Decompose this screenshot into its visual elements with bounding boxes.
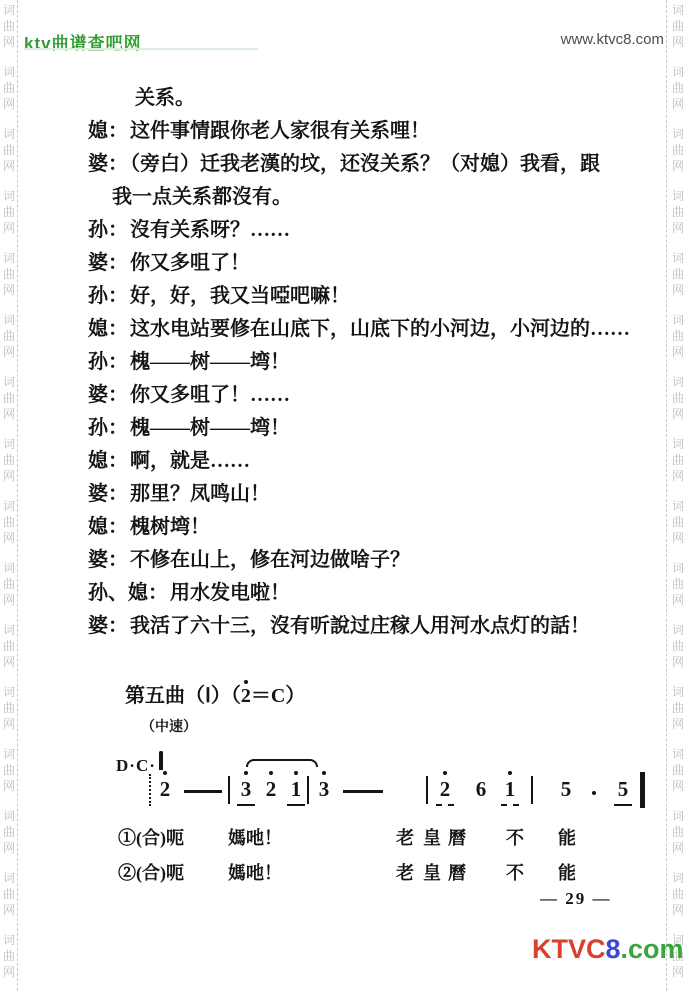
watermark-char: 网 [3, 656, 15, 668]
watermark-group: 词曲网 [672, 190, 684, 238]
watermark-char: 词 [3, 190, 15, 202]
watermark-char: 曲 [672, 144, 684, 156]
dialogue-text: 槐——树——塆！ [130, 417, 290, 439]
watermark-char: 词 [672, 748, 684, 760]
watermark-group: 词曲网 [672, 438, 684, 486]
watermark-char: 词 [3, 4, 15, 16]
lyric-syllable: 皇 [423, 859, 441, 885]
octave-dot [244, 771, 248, 775]
speaker-label: 婆： [88, 252, 128, 274]
fermata-arc [159, 751, 163, 770]
lyric-syllable: ②(合)呃 [118, 859, 184, 885]
watermark-char: 网 [672, 780, 684, 792]
watermark-char: 词 [672, 438, 684, 450]
dialogue-text: 槐——树——塆！ [130, 351, 290, 373]
duration-underline [287, 804, 305, 806]
watermark-char: 曲 [672, 20, 684, 32]
duration-dash [343, 790, 383, 793]
watermark-char: 曲 [3, 20, 15, 32]
dialogue-line: 我一点关系都沒有。 [112, 185, 668, 209]
dialogue-text: 你又多咀了！…… [130, 384, 290, 406]
watermark-char: 网 [3, 222, 15, 234]
dialogue-line: 孙：好，好，我又当啞吧嘛！ [88, 284, 668, 308]
watermark-group: 词曲网 [3, 438, 15, 486]
watermark-char: 曲 [3, 392, 15, 404]
watermark-char: 词 [3, 252, 15, 264]
watermark-char: 网 [3, 532, 15, 544]
watermark-group: 词曲网 [3, 128, 15, 176]
watermark-group: 词曲网 [3, 314, 15, 362]
watermark-char: 曲 [672, 578, 684, 590]
speaker-label: 孙： [88, 351, 128, 373]
speaker-label: 媳： [88, 516, 128, 538]
watermark-char: 曲 [672, 888, 684, 900]
watermark-char: 词 [672, 314, 684, 326]
lyric-syllable: 老 [396, 859, 414, 885]
dialogue-text: 啊，就是…… [130, 450, 250, 472]
dialogue-text: 不修在山上，修在河边做啥子？ [130, 549, 410, 571]
watermark-group: 词曲网 [3, 252, 15, 300]
watermark-char: 词 [672, 4, 684, 16]
speaker-label: 媳： [88, 120, 128, 142]
watermark-char: 曲 [3, 330, 15, 342]
speaker-label: 媳： [88, 318, 128, 340]
watermark-group: 词曲网 [672, 376, 684, 424]
dialogue-text: 你又多咀了！ [130, 252, 250, 274]
lyric-syllable: 不 [506, 859, 524, 885]
watermark-char: 曲 [672, 268, 684, 280]
footer-logo-part1: KTVC [532, 934, 606, 964]
dialogue-text: 沒有关系呀？…… [130, 219, 290, 241]
watermark-char: 曲 [672, 392, 684, 404]
jianpu-note: 3 [238, 777, 254, 802]
speaker-label: 孙： [88, 219, 128, 241]
dialogue-text: 关系。 [135, 87, 195, 109]
watermark-char: 词 [3, 438, 15, 450]
barline [531, 776, 533, 804]
watermark-char: 曲 [672, 82, 684, 94]
duration-underline [237, 804, 255, 806]
dialogue-text: 这水电站要修在山底下，山底下的小河边，小河边的…… [130, 318, 630, 340]
dialogue-text: 我活了六十三，沒有听說过庄稼人用河水点灯的話！ [130, 615, 590, 637]
watermark-char: 曲 [672, 516, 684, 528]
watermark-group: 词曲网 [3, 4, 15, 52]
watermark-char: 曲 [3, 516, 15, 528]
dialogue-line: 媳：槐树塆！ [88, 515, 668, 539]
dialogue-text: 这件事情跟你老人家很有关系哩！ [130, 120, 430, 142]
dialogue-line: 婆：不修在山上，修在河边做啥子？ [88, 548, 668, 572]
watermark-char: 词 [3, 314, 15, 326]
watermark-char: 曲 [672, 702, 684, 714]
watermark-char: 曲 [3, 578, 15, 590]
fermata-icon [150, 753, 172, 771]
watermark-char: 曲 [3, 950, 15, 962]
watermark-char: 曲 [3, 640, 15, 652]
watermark-char: 网 [672, 36, 684, 48]
key-note: 2 [241, 685, 251, 708]
barline [307, 776, 309, 804]
watermark-group: 词曲网 [3, 500, 15, 548]
tempo-marking: （中速） [141, 716, 197, 736]
dialogue-text: 好，好，我又当啞吧嘛！ [130, 285, 350, 307]
speaker-label: 孙： [88, 285, 128, 307]
watermark-char: 词 [672, 562, 684, 574]
lyrics-row-2: ②(合)呃媽吔！老皇曆不能 [0, 859, 690, 885]
watermark-group: 词曲网 [3, 748, 15, 796]
watermark-group: 词曲网 [3, 376, 15, 424]
watermark-group: 词曲网 [672, 4, 684, 52]
octave-dot [443, 771, 447, 775]
duration-underline [501, 804, 519, 806]
watermark-group: 词曲网 [672, 252, 684, 300]
jianpu-note: 2 [157, 777, 173, 802]
lyric-syllable: 不 [506, 824, 524, 850]
speaker-label: 婆： [88, 384, 128, 406]
lyric-syllable: 老 [396, 824, 414, 850]
speaker-label: 婆： [88, 483, 128, 505]
watermark-char: 词 [672, 252, 684, 264]
duration-underline [436, 804, 454, 806]
speaker-label: 婆： [88, 615, 128, 637]
watermark-char: 曲 [3, 82, 15, 94]
watermark-char: 词 [3, 686, 15, 698]
augmentation-dot [592, 791, 596, 795]
watermark-char: 网 [672, 222, 684, 234]
watermark-char: 网 [672, 284, 684, 296]
watermark-char: 曲 [3, 206, 15, 218]
watermark-char: 词 [3, 748, 15, 760]
watermark-char: 曲 [3, 702, 15, 714]
watermark-char: 网 [3, 718, 15, 730]
dialogue-line: 婆：你又多咀了！…… [88, 383, 668, 407]
speaker-label: 孙： [88, 417, 128, 439]
jianpu-note: 2 [263, 777, 279, 802]
dialogue-text: 用水发电啦！ [170, 582, 290, 604]
watermark-char: 网 [672, 904, 684, 916]
watermark-char: 词 [672, 686, 684, 698]
octave-dot [163, 771, 167, 775]
watermark-char: 网 [672, 346, 684, 358]
watermark-group: 词曲网 [3, 686, 15, 734]
watermark-char: 曲 [3, 764, 15, 776]
watermark-char: 网 [672, 160, 684, 172]
dialogue-line: 孙：沒有关系呀？…… [88, 218, 668, 242]
speaker-label: 婆： [88, 153, 128, 175]
site-name-underline [24, 48, 258, 50]
watermark-char: 词 [672, 376, 684, 388]
watermark-char: 网 [3, 780, 15, 792]
dialogue-text: 槐树塆！ [130, 516, 210, 538]
jianpu-note: 6 [473, 777, 489, 802]
dashed-barline [149, 774, 151, 806]
watermark-group: 词曲网 [672, 624, 684, 672]
dialogue-line: 媳：这件事情跟你老人家很有关系哩！ [88, 119, 668, 143]
watermark-group: 词曲网 [672, 562, 684, 610]
watermark-char: 曲 [672, 640, 684, 652]
jianpu-note: 3 [316, 777, 332, 802]
watermark-group: 词曲网 [3, 190, 15, 238]
watermark-char: 词 [3, 562, 15, 574]
duration-dash [184, 790, 222, 793]
watermark-char: 曲 [672, 330, 684, 342]
watermark-char: 网 [672, 470, 684, 482]
lyric-syllable: ①(合)呃 [118, 824, 184, 850]
watermark-char: 网 [3, 160, 15, 172]
site-name: ktv曲谱查吧网 [24, 29, 142, 54]
watermark-char: 网 [3, 36, 15, 48]
watermark-char: 词 [3, 810, 15, 822]
jianpu-note: 2 [437, 777, 453, 802]
page-number: — 29 — [540, 889, 612, 909]
scanned-score-page: 词曲网词曲网词曲网词曲网词曲网词曲网词曲网词曲网词曲网词曲网词曲网词曲网词曲网词… [0, 0, 690, 991]
dialogue-text: 我一点关系都沒有。 [112, 186, 292, 208]
watermark-char: 词 [3, 376, 15, 388]
watermark-char: 词 [3, 500, 15, 512]
song-title: 第五曲（Ⅰ）（2＝C） [125, 679, 305, 708]
jianpu-note: 1 [288, 777, 304, 802]
watermark-char: 网 [3, 470, 15, 482]
dialogue-line: 婆：我活了六十三，沒有听說过庄稼人用河水点灯的話！ [88, 614, 668, 638]
dialogue-text: （旁白）迁我老漢的坟，还沒关系？（对媳）我看，跟 [130, 153, 600, 175]
watermark-char: 词 [672, 624, 684, 636]
dialogue-text: 那里？凤鸣山！ [130, 483, 270, 505]
watermark-group: 词曲网 [672, 686, 684, 734]
jianpu-note: 5 [615, 777, 631, 802]
watermark-char: 词 [3, 624, 15, 636]
final-barline [640, 772, 645, 808]
watermark-char: 网 [3, 966, 15, 978]
footer-logo-part3: .com [621, 934, 684, 964]
song-title-prefix: 第五曲（Ⅰ）（ [125, 685, 241, 707]
watermark-char: 词 [3, 128, 15, 140]
dialogue-line: 婆：你又多咀了！ [88, 251, 668, 275]
watermark-char: 网 [3, 284, 15, 296]
watermark-char: 词 [672, 128, 684, 140]
watermark-char: 网 [3, 98, 15, 110]
watermark-group: 词曲网 [672, 748, 684, 796]
watermark-char: 曲 [672, 206, 684, 218]
lyric-syllable: 能 [558, 859, 576, 885]
lyric-syllable: 曆 [448, 824, 466, 850]
octave-dot [269, 771, 273, 775]
watermark-char: 网 [3, 594, 15, 606]
watermark-char: 词 [3, 66, 15, 78]
jianpu-note: 1 [502, 777, 518, 802]
lyric-syllable: 媽吔！ [228, 824, 282, 850]
watermark-char: 网 [3, 904, 15, 916]
watermark-group: 词曲网 [3, 562, 15, 610]
dialogue-line: 孙：槐——树——塆！ [88, 416, 668, 440]
watermark-char: 曲 [672, 764, 684, 776]
jianpu-note: 5 [558, 777, 574, 802]
watermark-group: 词曲网 [672, 128, 684, 176]
lyric-syllable: 媽吔！ [228, 859, 282, 885]
watermark-group: 词曲网 [3, 624, 15, 672]
octave-dot [294, 771, 298, 775]
lyrics-row-1: ①(合)呃媽吔！老皇曆不能 [0, 824, 690, 850]
watermark-char: 曲 [3, 454, 15, 466]
watermark-group: 词曲网 [672, 500, 684, 548]
watermark-char: 网 [672, 98, 684, 110]
watermark-group: 词曲网 [3, 934, 15, 982]
footer-logo-part2: 8 [606, 934, 621, 964]
dialogue-line: 孙：槐——树——塆！ [88, 350, 668, 374]
watermark-char: 曲 [3, 144, 15, 156]
slur-bracket [246, 759, 318, 767]
lyric-syllable: 曆 [448, 859, 466, 885]
dialogue-line: 媳：这水电站要修在山底下，山底下的小河边，小河边的…… [88, 317, 668, 341]
watermark-group: 词曲网 [3, 66, 15, 114]
dialogue-line: 关系。 [135, 86, 668, 110]
watermark-char: 词 [672, 810, 684, 822]
dialogue-block: 关系。媳：这件事情跟你老人家很有关系哩！婆：（旁白）迁我老漢的坟，还沒关系？（对… [88, 86, 668, 647]
watermark-char: 网 [672, 718, 684, 730]
barline [426, 776, 428, 804]
watermark-char: 曲 [3, 268, 15, 280]
dialogue-line: 孙、媳：用水发电啦！ [88, 581, 668, 605]
watermark-char: 曲 [672, 454, 684, 466]
dialogue-line: 媳：啊，就是…… [88, 449, 668, 473]
watermark-char: 曲 [3, 888, 15, 900]
watermark-char: 网 [672, 532, 684, 544]
watermark-char: 网 [3, 346, 15, 358]
watermark-char: 网 [672, 594, 684, 606]
watermark-char: 网 [672, 966, 684, 978]
speaker-label: 婆： [88, 549, 128, 571]
barline [228, 776, 230, 804]
watermark-char: 网 [3, 408, 15, 420]
song-title-suffix: ＝C） [251, 685, 305, 707]
watermark-group: 词曲网 [672, 314, 684, 362]
watermark-char: 词 [672, 500, 684, 512]
dialogue-line: 婆：那里？凤鸣山！ [88, 482, 668, 506]
octave-dot [508, 771, 512, 775]
watermark-char: 词 [3, 934, 15, 946]
watermark-char: 词 [672, 190, 684, 202]
octave-dot [322, 771, 326, 775]
speaker-label: 孙、媳： [88, 582, 168, 604]
watermark-char: 词 [672, 66, 684, 78]
lyric-syllable: 能 [558, 824, 576, 850]
speaker-label: 媳： [88, 450, 128, 472]
footer-logo: KTVC8.com [532, 934, 684, 965]
watermark-group: 词曲网 [672, 66, 684, 114]
watermark-char: 网 [672, 408, 684, 420]
site-url: www.ktvc8.com [561, 31, 664, 48]
lyric-syllable: 皇 [423, 824, 441, 850]
dialogue-line: 婆：（旁白）迁我老漢的坟，还沒关系？（对媳）我看，跟 [88, 152, 668, 176]
watermark-char: 网 [672, 656, 684, 668]
duration-underline [614, 804, 632, 806]
